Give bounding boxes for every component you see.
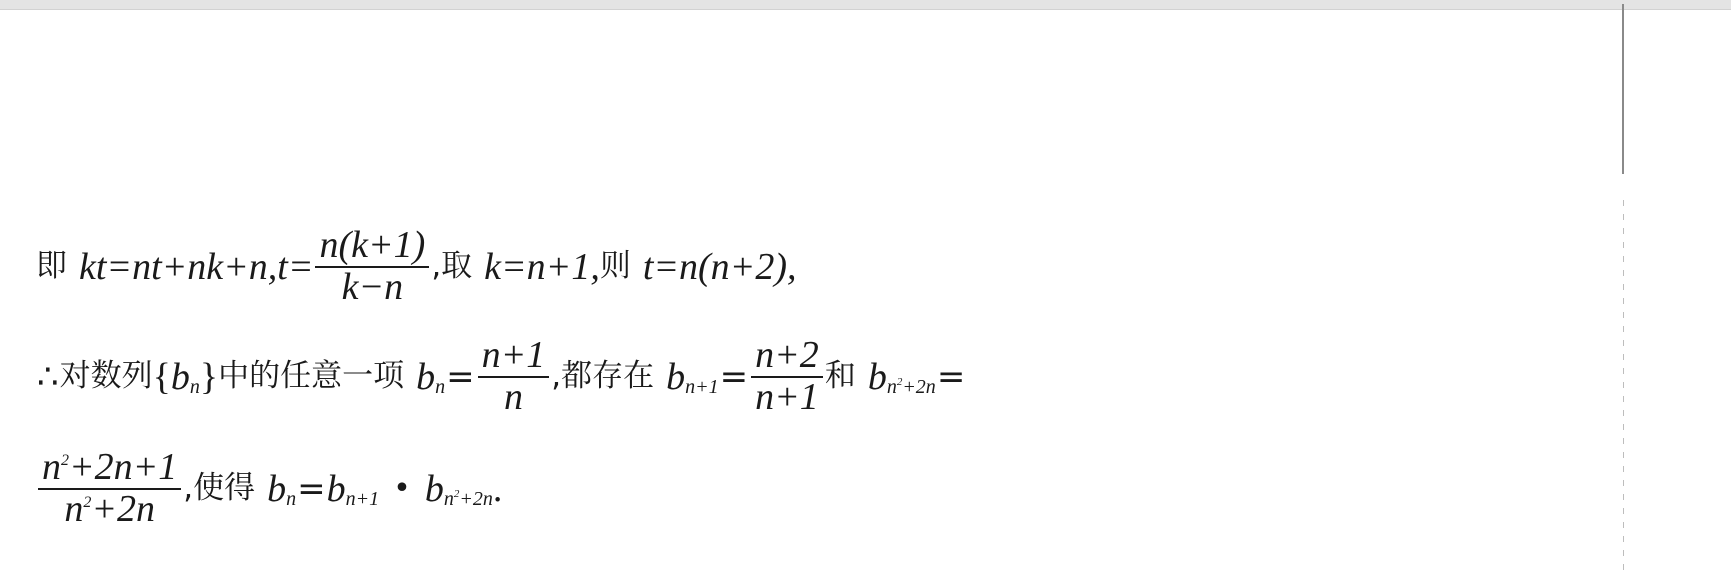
sub-sup: 2 [897, 376, 903, 388]
subscript-n-plus-1: n+1 [685, 377, 719, 397]
num-base: n [42, 448, 61, 488]
fraction-denominator: n+1 [751, 378, 823, 418]
num-rest: +2n+1 [69, 448, 177, 488]
brace-close: } [200, 358, 218, 396]
var-b: b [416, 358, 435, 396]
den-rest: +2n [91, 490, 155, 530]
equals-sign: = [936, 360, 967, 394]
var-b: b [425, 470, 444, 508]
math-line-2: ∴ 对数列 { bn } 中的任意一项 bn = n+1 n ,都存在 bn+1… [36, 336, 966, 418]
text-shide: ,使得 [183, 473, 255, 504]
sub-base: n [444, 488, 454, 510]
page-margin-rule [1622, 4, 1624, 174]
brace-open: { [153, 358, 171, 396]
equation-k: k=n+1, [484, 248, 600, 286]
scan-top-edge [0, 0, 1731, 10]
var-b: b [868, 358, 887, 396]
subscript-n-plus-1: n+1 [346, 489, 380, 509]
fraction-numerator: n+2 [751, 336, 823, 376]
var-b: b [327, 470, 346, 508]
equation-kt: kt=nt+nk+n,t= [79, 248, 313, 286]
text-ji: 即 [36, 251, 67, 282]
fraction-denominator: k−n [338, 268, 408, 308]
subscript-n2-plus-2n: n2+2n [444, 489, 493, 509]
subscript-n2-plus-2n: n2+2n [887, 377, 936, 397]
var-b: b [171, 358, 190, 396]
equals-sign: = [296, 472, 327, 506]
fraction-bn1: n+2 n+1 [751, 336, 823, 418]
text-he: 和 [825, 361, 856, 392]
equation-t: t=n(n+2), [643, 248, 797, 286]
text-dou-cunzai: ,都存在 [551, 361, 654, 392]
sub-sup: 2 [454, 488, 460, 500]
sub-base: n [887, 376, 897, 398]
subscript-n: n [286, 489, 296, 509]
page-margin-rule-faint [1623, 200, 1624, 572]
math-line-1: 即 kt=nt+nk+n,t= n(k+1) k−n ,取 k=n+1, 则 t… [36, 226, 796, 308]
sub-rest: +2n [902, 376, 936, 398]
period: . [493, 470, 503, 508]
equals-sign: = [719, 360, 750, 394]
fraction-numerator: n(k+1) [315, 226, 429, 266]
fraction-t: n(k+1) k−n [315, 226, 429, 308]
num-sup: 2 [61, 453, 69, 470]
text-qu: ,取 [431, 251, 472, 282]
text-ze: 则 [600, 251, 631, 282]
fraction-denominator: n [500, 378, 527, 418]
text-dui-shulie: 对数列 [60, 361, 153, 392]
fraction-bn: n+1 n [478, 336, 550, 418]
fraction-numerator: n2+2n+1 [38, 448, 181, 488]
math-line-3: n2+2n+1 n2+2n ,使得 bn = bn+1 • bn2+2n . [36, 448, 502, 530]
den-sup: 2 [83, 495, 91, 512]
subscript-n: n [190, 377, 200, 397]
var-b: b [267, 470, 286, 508]
fraction-numerator: n+1 [478, 336, 550, 376]
therefore-symbol: ∴ [36, 360, 60, 394]
sub-rest: +2n [459, 488, 493, 510]
fraction-result: n2+2n+1 n2+2n [38, 448, 181, 530]
den-base: n [64, 490, 83, 530]
subscript-n: n [435, 377, 445, 397]
equals-sign: = [445, 360, 476, 394]
text-renyi-yixiang: 中的任意一项 [218, 361, 404, 392]
multiply-dot: • [379, 474, 425, 504]
fraction-denominator: n2+2n [60, 490, 159, 530]
var-b: b [666, 358, 685, 396]
